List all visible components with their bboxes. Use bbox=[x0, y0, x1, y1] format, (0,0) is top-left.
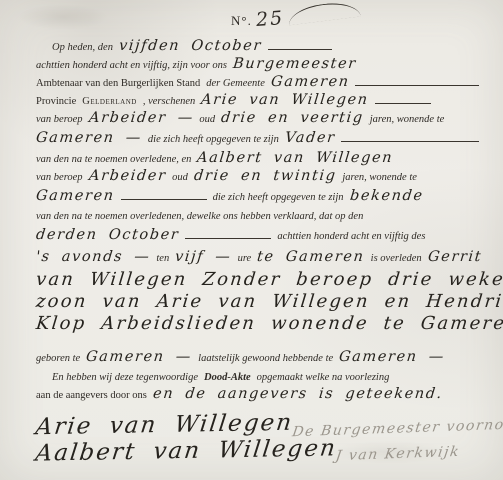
printed-text: der Gemeente bbox=[206, 75, 265, 92]
printed-text: ure bbox=[238, 249, 252, 269]
form-line-municipality: Ambtenaar van den Burgerlijken Stand der… bbox=[36, 74, 479, 92]
form-line-registration-date: Op heden, den vijfden October bbox=[36, 38, 479, 56]
signature-official-name: J van Kerkwijk bbox=[335, 444, 462, 464]
field-parents-occupation-residence: Klop Arbeidslieden wonende te Gameren —— bbox=[35, 313, 503, 335]
form-line-read-aloud: aan de aangevers door ons en de aangever… bbox=[36, 386, 479, 404]
printed-text: aan de aangevers door ons bbox=[36, 387, 147, 404]
blank-rule bbox=[375, 99, 431, 104]
pen-flourish bbox=[287, 0, 361, 25]
field-official-title: Burgemeester bbox=[232, 56, 357, 73]
blank-rule bbox=[355, 81, 479, 86]
printed-text: jaren, wonende te bbox=[342, 169, 417, 186]
document-content: N°. 25 Op heden, den vijfden October ach… bbox=[36, 4, 479, 464]
act-number-value: 25 bbox=[255, 7, 285, 31]
printed-text: geboren te bbox=[36, 349, 80, 369]
death-certificate-scan: N°. 25 Op heden, den vijfden October ach… bbox=[0, 0, 503, 480]
field-registration-date: vijfden October bbox=[118, 38, 263, 55]
signature-declarant1: Arie van Willegen bbox=[34, 410, 295, 440]
form-line-declarant2-name: van den na te noemen overledene, en Aalb… bbox=[36, 150, 479, 168]
signature-row-1: Arie van Willegen De Burgemeester voorno… bbox=[36, 412, 479, 438]
field-signing-clause: en de aangevers is geteekend. bbox=[152, 386, 444, 403]
field-declarant1-relation: Vader bbox=[284, 128, 337, 148]
form-line-death-time-place: 's avonds — ten vijf — ure te Gameren is… bbox=[36, 247, 479, 269]
field-death-place: te Gameren bbox=[256, 247, 366, 267]
field-declarant2-occupation: Arbeider bbox=[88, 168, 167, 185]
form-line-province-declarant1: Provincie Gelderland , verschenen Arie v… bbox=[36, 92, 479, 110]
form-line-declaration: van den na te noemen overledenen, dewelk… bbox=[36, 208, 479, 225]
form-line-death-date: derden October achttien honderd acht en … bbox=[36, 225, 479, 247]
form-line-parents-2: Klop Arbeidslieden wonende te Gameren —— bbox=[36, 313, 479, 335]
field-declarant1-name: Arie van Willegen bbox=[200, 92, 369, 109]
field-death-date: derden October bbox=[35, 225, 180, 245]
field-deceased-surname-age: van Willegen Zonder beroep drie weken bbox=[35, 269, 503, 291]
field-parents-names: zoon van Arie van Willegen en Hendrika bbox=[35, 291, 503, 313]
printed-text: oud bbox=[199, 111, 215, 128]
act-number-header: N°. 25 bbox=[36, 4, 479, 38]
field-last-residence: Gameren — bbox=[338, 347, 446, 367]
printed-text: die zich heeft opgegeven te zijn bbox=[213, 188, 344, 208]
form-line-birthplace: geboren te Gameren — laatstelijk gewoond… bbox=[36, 347, 479, 369]
blank-rule bbox=[341, 137, 479, 142]
printed-text: oud bbox=[172, 169, 188, 186]
printed-text: achttien honderd acht en vijftig, zijn v… bbox=[36, 57, 227, 74]
field-province: Gelderland bbox=[82, 93, 137, 110]
printed-text: Provincie bbox=[36, 93, 76, 110]
field-declarant1-occupation: Arbeider — bbox=[88, 110, 195, 127]
field-declarant2-residence: Gameren bbox=[35, 186, 116, 206]
printed-text: van beroep bbox=[36, 169, 83, 186]
printed-text: En hebben wij deze tegenwoordige bbox=[52, 369, 198, 386]
form-line-act-drawn-up: En hebben wij deze tegenwoordige Dood-Ak… bbox=[36, 369, 479, 386]
field-declarant2-name: Aalbert van Willegen bbox=[197, 150, 395, 167]
field-declarant1-residence: Gameren — bbox=[35, 128, 143, 148]
field-birthplace: Gameren — bbox=[85, 347, 193, 367]
field-deceased-firstname: Gerrit bbox=[427, 247, 483, 267]
printed-text: die zich heeft opgegeven te zijn bbox=[148, 130, 279, 150]
printed-text: achttien honderd acht en vijftig des bbox=[277, 227, 425, 247]
form-line-declarant1-details: van beroep Arbeider — oud drie en veerti… bbox=[36, 110, 479, 128]
field-declarant1-age: drie en veertig bbox=[220, 110, 364, 127]
printed-text: van den na te noemen overledene, en bbox=[36, 151, 191, 168]
signature-row-2: Aalbert van Willegen J van Kerkwijk bbox=[36, 438, 479, 464]
form-line-declarant2-details: van beroep Arbeider oud drie en twintig … bbox=[36, 168, 479, 186]
printed-text-dood-akte: Dood-Akte bbox=[204, 369, 251, 386]
field-declarant2-relation: bekende bbox=[348, 186, 424, 206]
blank-rule bbox=[185, 234, 271, 239]
blank-rule bbox=[121, 195, 207, 200]
printed-text: Op heden, den bbox=[52, 39, 113, 56]
printed-text: opgemaakt welke na voorlezing bbox=[257, 369, 390, 386]
printed-text: laatstelijk gewoond hebbende te bbox=[198, 349, 333, 369]
printed-text: van beroep bbox=[36, 111, 83, 128]
printed-text: is overleden bbox=[371, 249, 422, 269]
field-death-hour: vijf — bbox=[174, 247, 233, 267]
printed-text: van den na te noemen overledenen, dewelk… bbox=[36, 208, 363, 225]
form-line-declarant2-residence: Gameren die zich heeft opgegeven te zijn… bbox=[36, 186, 479, 208]
form-line-year-official: achttien honderd acht en vijftig, zijn v… bbox=[36, 56, 479, 74]
printed-text: , verschenen bbox=[143, 93, 195, 110]
field-municipality: Gameren bbox=[270, 74, 350, 91]
printed-text: Ambtenaar van den Burgerlijken Stand bbox=[36, 75, 200, 92]
form-line-declarant1-residence: Gameren — die zich heeft opgegeven te zi… bbox=[36, 128, 479, 150]
form-line-deceased-details: van Willegen Zonder beroep drie weken bbox=[36, 269, 479, 291]
field-death-daypart: 's avonds — bbox=[35, 247, 151, 267]
signature-declarant2: Aalbert van Willegen bbox=[34, 435, 338, 466]
field-declarant2-age: drie en twintig bbox=[193, 168, 337, 185]
act-number-label: N°. bbox=[231, 13, 252, 28]
signature-block: Arie van Willegen De Burgemeester voorno… bbox=[36, 412, 479, 464]
printed-text: jaren, wonende te bbox=[370, 111, 445, 128]
form-line-parents-1: zoon van Arie van Willegen en Hendrika bbox=[36, 291, 479, 313]
blank-rule bbox=[268, 45, 332, 50]
printed-text: ten bbox=[156, 249, 169, 269]
